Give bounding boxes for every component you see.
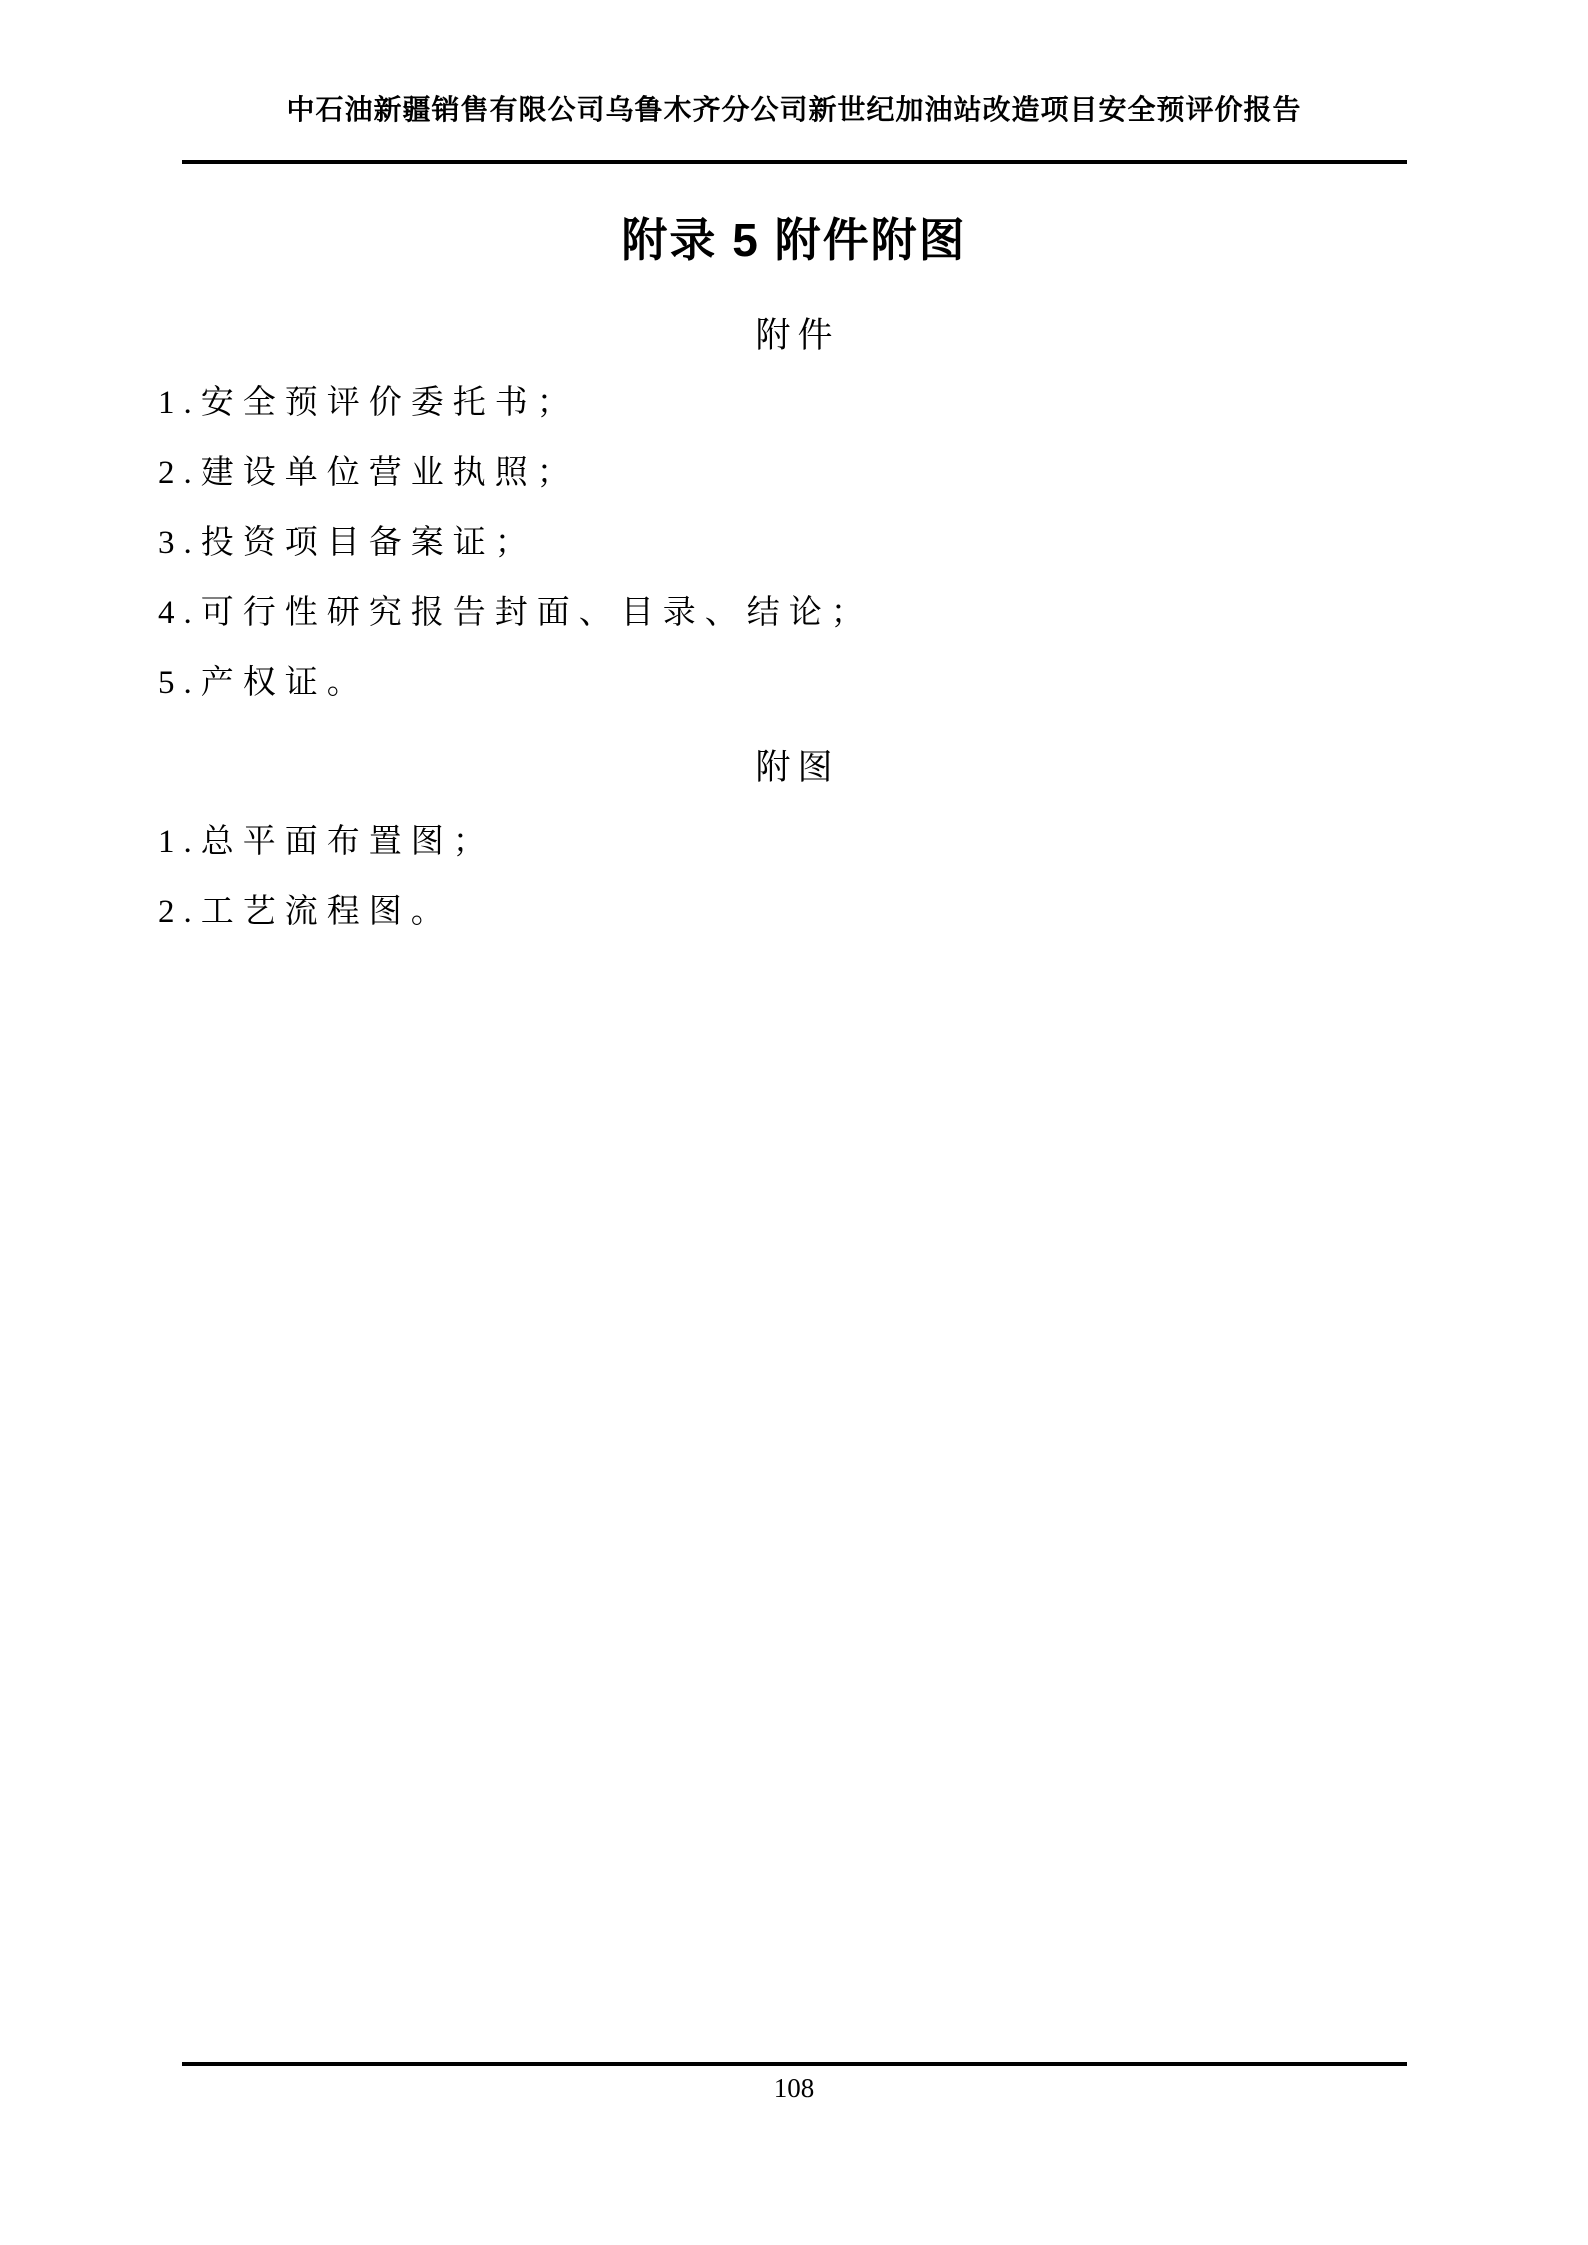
attachment-list-item: 2.建设单位营业执照； <box>158 457 873 490</box>
attachment-list-item: 1.安全预评价委托书； <box>158 387 873 420</box>
page-number: 108 <box>0 2072 1588 2104</box>
attachments-list: 1.安全预评价委托书； 2.建设单位营业执照； 3.投资项目备案证； 4.可行性… <box>158 387 873 737</box>
page-title: 附录 5 附件附图 <box>0 216 1588 264</box>
running-header: 中石油新疆销售有限公司乌鲁木齐分公司新世纪加油站改造项目安全预评价报告 <box>0 94 1588 128</box>
attachment-list-item: 3.投资项目备案证； <box>158 527 873 560</box>
attachment-list-item: 5.产权证。 <box>158 667 873 700</box>
document-page: 中石油新疆销售有限公司乌鲁木齐分公司新世纪加油站改造项目安全预评价报告 附录 5… <box>0 0 1588 2245</box>
attachment-list-item: 4.可行性研究报告封面、目录、结论； <box>158 597 873 630</box>
header-divider <box>182 160 1407 164</box>
figures-list: 1.总平面布置图； 2.工艺流程图。 <box>158 826 495 966</box>
figure-list-item: 1.总平面布置图； <box>158 826 495 859</box>
section-heading-figures: 附图 <box>0 750 1588 786</box>
footer-divider <box>182 2062 1407 2066</box>
figure-list-item: 2.工艺流程图。 <box>158 896 495 929</box>
section-heading-attachments: 附件 <box>0 318 1588 354</box>
